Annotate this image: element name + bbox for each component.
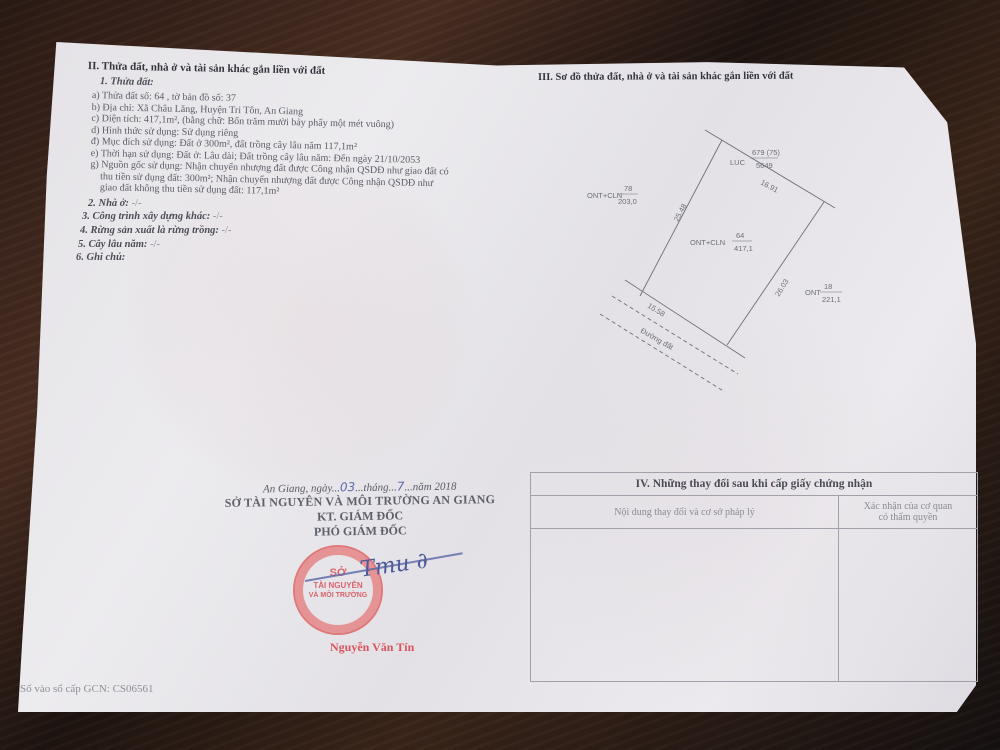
neighbor-luc-number: 679 (75) <box>752 148 780 157</box>
column-change-content: Nội dung thay đổi và cơ sở pháp lý <box>531 496 839 529</box>
changes-table: IV. Những thay đổi sau khi cấp giấy chứn… <box>530 472 978 682</box>
parcel-sketch: 16.91 25.48 26.03 15.58 Đường đất ONT+CL… <box>560 100 960 430</box>
main-parcel-type: ONT+CLN <box>690 238 725 247</box>
issue-day: 03 <box>340 480 355 494</box>
section-iii-title: III. Sơ đồ thửa đất, nhà ở và tài sản kh… <box>538 71 793 83</box>
edge-right-length: 26.03 <box>773 277 791 298</box>
main-parcel-area: 417,1 <box>734 244 753 253</box>
edge-bottom-line <box>625 280 745 358</box>
item-notes: 6. Ghi chú: <box>76 252 125 263</box>
neighbor-78-type: ONT+CLN <box>587 191 622 200</box>
signer-name: Nguyễn Văn Tín <box>330 640 414 655</box>
item-planted-forest: 4. Rừng sản xuất là rừng trồng: -/- <box>80 225 231 236</box>
parcel-heading: 1. Thửa đất: <box>100 76 154 88</box>
neighbor-luc-type: LUC <box>730 158 746 167</box>
issue-month: 7 <box>397 479 405 493</box>
item-other-construction: 3. Công trình xây dựng khác: -/- <box>82 211 223 222</box>
neighbor-78-number: 78 <box>624 184 632 193</box>
authority-confirmation-cell <box>839 529 978 682</box>
edge-bottom-length: 15.58 <box>646 301 667 319</box>
change-content-cell <box>531 529 839 682</box>
parcel-details: a) Thửa đất số: 64 , tờ bản đồ số: 37 b)… <box>90 90 450 201</box>
edge-right-line <box>727 202 824 345</box>
registry-number: Số vào sổ cấp GCN: CS06561 <box>20 683 154 695</box>
neighbor-78-area: 203,0 <box>618 197 637 206</box>
edge-top-length: 16.91 <box>759 178 780 195</box>
signature-block: An Giang, ngày...03...tháng...7...năm 20… <box>210 478 511 541</box>
road-edge-1 <box>612 296 738 374</box>
neighbor-luc-area: 5649 <box>756 161 773 170</box>
main-parcel-number: 64 <box>736 231 744 240</box>
road-label: Đường đất <box>639 326 676 352</box>
column-authority-confirmation: Xác nhận của cơ quan có thẩm quyền <box>839 496 978 529</box>
neighbor-18-area: 221,1 <box>822 295 841 304</box>
edge-left-length: 25.48 <box>672 202 689 223</box>
neighbor-18-type: ONT <box>805 288 821 297</box>
road-edge-2 <box>600 314 725 392</box>
neighbor-18-number: 18 <box>824 282 832 291</box>
item-house: 2. Nhà ở: -/- <box>88 198 141 209</box>
changes-table-title: IV. Những thay đổi sau khi cấp giấy chứn… <box>531 473 978 496</box>
item-perennial-trees: 5. Cây lâu năm: -/- <box>78 239 160 250</box>
